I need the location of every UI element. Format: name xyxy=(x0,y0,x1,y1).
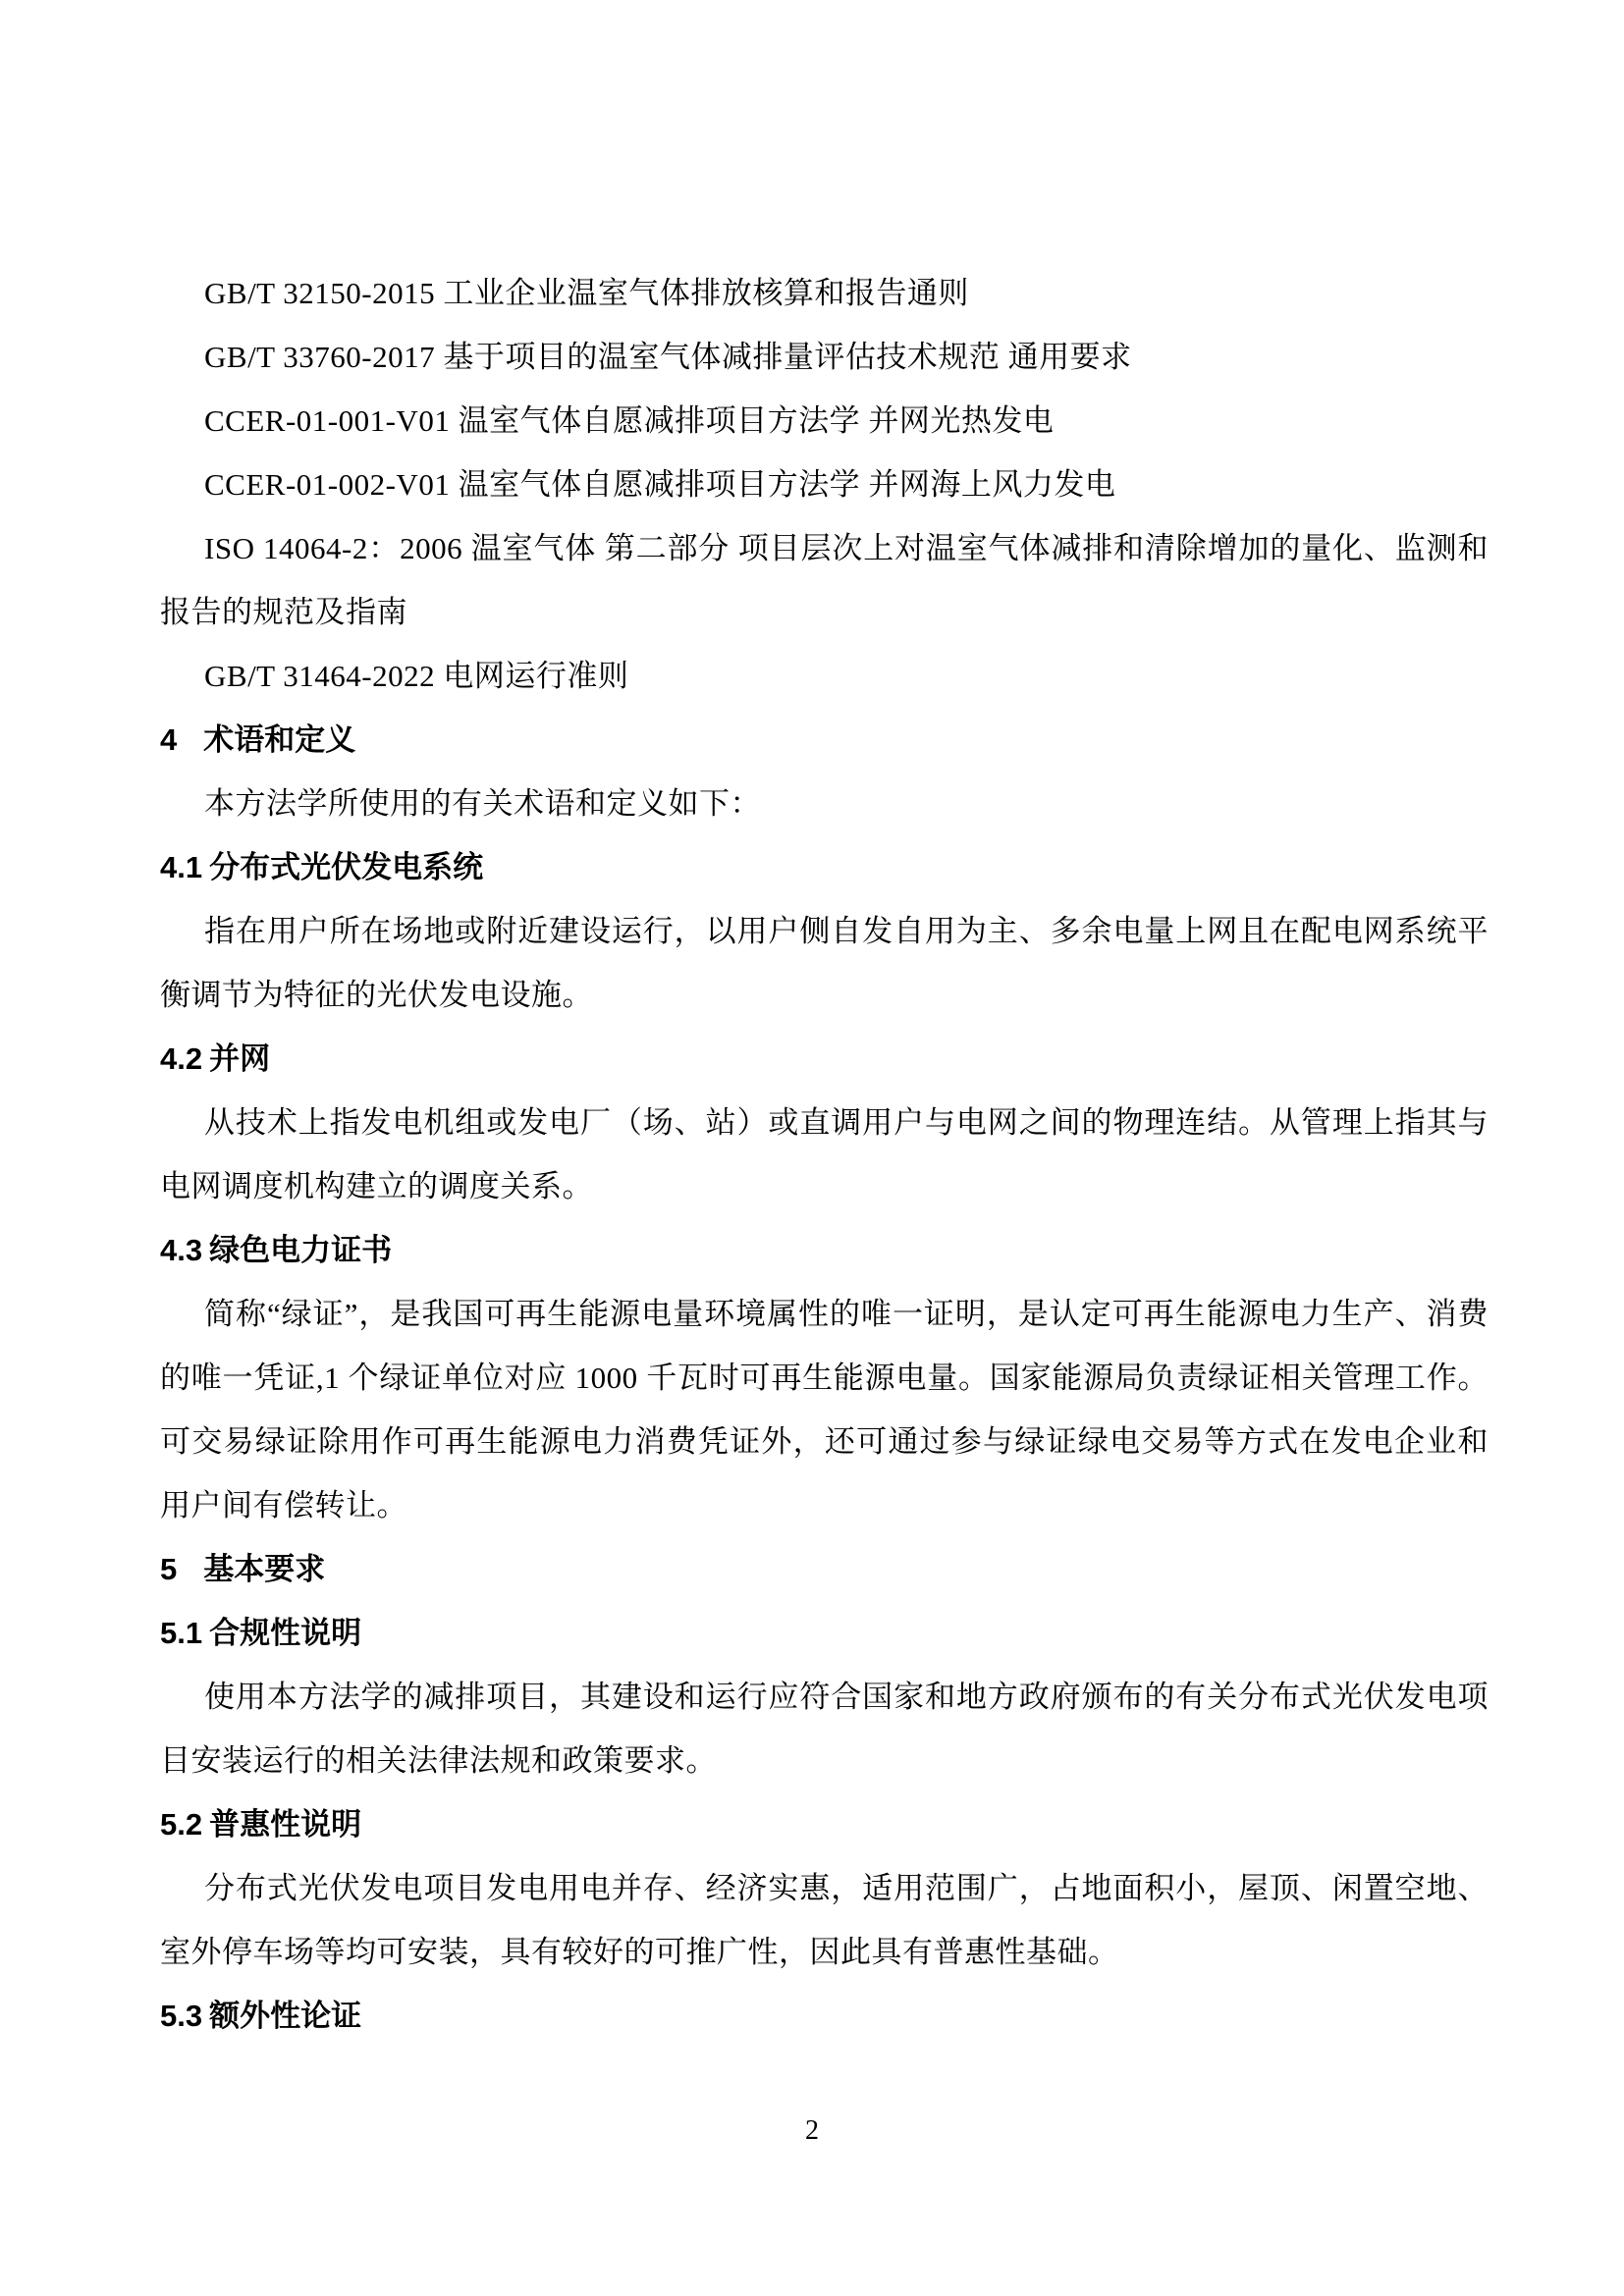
section-5-3-title: 额外性论证 xyxy=(209,1999,361,2033)
reference-item-gbt-33760: GB/T 33760-2017 基于项目的温室气体减排量评估技术规范 通用要求 xyxy=(160,325,1489,389)
document-body: GB/T 32150-2015 工业企业温室气体排放核算和报告通则 GB/T 3… xyxy=(160,261,1489,2048)
section-4-3-heading: 4.3绿色电力证书 xyxy=(160,1218,1489,1282)
section-5-title: 基本要求 xyxy=(203,1552,325,1586)
section-5-1-number: 5.1 xyxy=(160,1601,202,1665)
section-5-2-paragraph: 分布式光伏发电项目发电用电并存、经济实惠，适用范围广，占地面积小，屋顶、闲置空地… xyxy=(160,1856,1489,1984)
section-4-2-heading: 4.2并网 xyxy=(160,1027,1489,1091)
section-4-number: 4 xyxy=(160,708,177,772)
reference-item-ccer-01-001: CCER-01-001-V01 温室气体自愿减排项目方法学 并网光热发电 xyxy=(160,389,1489,453)
section-5-1-title: 合规性说明 xyxy=(209,1616,361,1650)
section-5-2-number: 5.2 xyxy=(160,1792,202,1856)
reference-item-ccer-01-002: CCER-01-002-V01 温室气体自愿减排项目方法学 并网海上风力发电 xyxy=(160,453,1489,516)
section-4-intro-paragraph: 本方法学所使用的有关术语和定义如下： xyxy=(160,772,1489,835)
section-5-2-title: 普惠性说明 xyxy=(209,1807,361,1842)
section-4-2-number: 4.2 xyxy=(160,1027,202,1091)
section-4-3-title: 绿色电力证书 xyxy=(209,1233,392,1267)
section-4-1-title: 分布式光伏发电系统 xyxy=(209,850,483,884)
reference-item-iso-14064: ISO 14064-2：2006 温室气体 第二部分 项目层次上对温室气体减排和… xyxy=(160,516,1489,644)
page-number: 2 xyxy=(805,2115,819,2146)
section-5-1-paragraph: 使用本方法学的减排项目，其建设和运行应符合国家和地方政府颁布的有关分布式光伏发电… xyxy=(160,1665,1489,1792)
section-5-2-heading: 5.2普惠性说明 xyxy=(160,1792,1489,1856)
section-4-1-number: 4.1 xyxy=(160,835,202,899)
section-4-2-title: 并网 xyxy=(209,1041,270,1076)
section-5-3-heading: 5.3额外性论证 xyxy=(160,1984,1489,2048)
section-4-title: 术语和定义 xyxy=(203,722,355,757)
section-4-1-paragraph: 指在用户所在场地或附近建设运行，以用户侧自发自用为主、多余电量上网且在配电网系统… xyxy=(160,899,1489,1027)
section-5-number: 5 xyxy=(160,1537,177,1601)
section-4-2-paragraph: 从技术上指发电机组或发电厂（场、站）或直调用户与电网之间的物理连结。从管理上指其… xyxy=(160,1091,1489,1218)
section-4-1-heading: 4.1分布式光伏发电系统 xyxy=(160,835,1489,899)
section-4-heading: 4术语和定义 xyxy=(160,708,1489,772)
document-page: GB/T 32150-2015 工业企业温室气体排放核算和报告通则 GB/T 3… xyxy=(0,0,1624,2296)
section-4-3-number: 4.3 xyxy=(160,1218,202,1282)
page-footer: 2 xyxy=(0,2115,1624,2147)
section-5-heading: 5基本要求 xyxy=(160,1537,1489,1601)
reference-item-gbt-31464: GB/T 31464-2022 电网运行准则 xyxy=(160,644,1489,708)
section-5-3-number: 5.3 xyxy=(160,1984,202,2048)
section-4-3-paragraph: 简称“绿证”，是我国可再生能源电量环境属性的唯一证明，是认定可再生能源电力生产、… xyxy=(160,1282,1489,1537)
reference-item-gbt-32150: GB/T 32150-2015 工业企业温室气体排放核算和报告通则 xyxy=(160,261,1489,325)
section-5-1-heading: 5.1合规性说明 xyxy=(160,1601,1489,1665)
